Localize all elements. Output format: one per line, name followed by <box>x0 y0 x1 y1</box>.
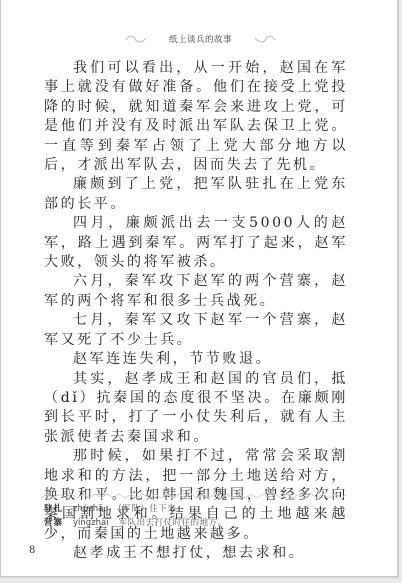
paragraph: 六月，秦军攻下赵军的两个营寨，赵军的两个将军和很多士兵战死。 <box>44 272 348 311</box>
glossary-entry: 驻扎 zhùzhā （军队）住下来。 <box>44 502 364 514</box>
swirl-ornament-right-icon <box>254 34 276 44</box>
paragraph: 赵孝成王不想打仗，想去求和。 <box>44 544 348 563</box>
paragraph: 赵军连连失利，节节败退。 <box>44 350 348 369</box>
glossary-pinyin: zhùzhā <box>73 504 103 514</box>
glossary-term: 营寨 <box>44 516 63 528</box>
page-number: 8 <box>29 545 35 556</box>
glossary-definition: （军队）住下来。 <box>113 502 185 514</box>
glossary-definition: 军队出去打仗时住的地方。 <box>119 516 227 528</box>
swirl-ornament-left-icon <box>125 34 147 44</box>
zigzag-divider-icon <box>41 492 347 500</box>
paragraph: 我们可以看出，从一开始，赵国在军事上就没有做好准备。他们在接受上党投降的时候，就… <box>44 59 348 175</box>
glossary-pinyin: yíngzhài <box>73 518 109 528</box>
paragraph: 四月，廉颇派出去一支5000人的赵军，路上遇到秦军。两军打了起来，赵军大败，领头… <box>44 214 348 272</box>
paragraph: 廉颇到了上党，把军队驻扎在上党东部的长平。 <box>44 175 348 214</box>
running-head: 纸上谈兵的故事 <box>1 33 400 45</box>
book-page: 纸上谈兵的故事 我们可以看出，从一开始，赵国在军事上就没有做好准备。他们在接受上… <box>0 0 399 578</box>
story-body: 我们可以看出，从一开始，赵国在军事上就没有做好准备。他们在接受上党投降的时候，就… <box>44 59 348 564</box>
running-title: 纸上谈兵的故事 <box>169 33 232 45</box>
glossary-term: 驻扎 <box>44 502 63 514</box>
glossary-entry: 营寨 yíngzhài 军队出去打仗时住的地方。 <box>44 516 364 528</box>
paragraph: 其实，赵孝成王和赵国的官员们，抵（dǐ）抗秦国的态度很不坚决。在廉颇刚到长平时，… <box>44 370 348 448</box>
paragraph: 七月，秦军又攻下赵军一个营寨，赵军又死了不少士兵。 <box>44 311 348 350</box>
